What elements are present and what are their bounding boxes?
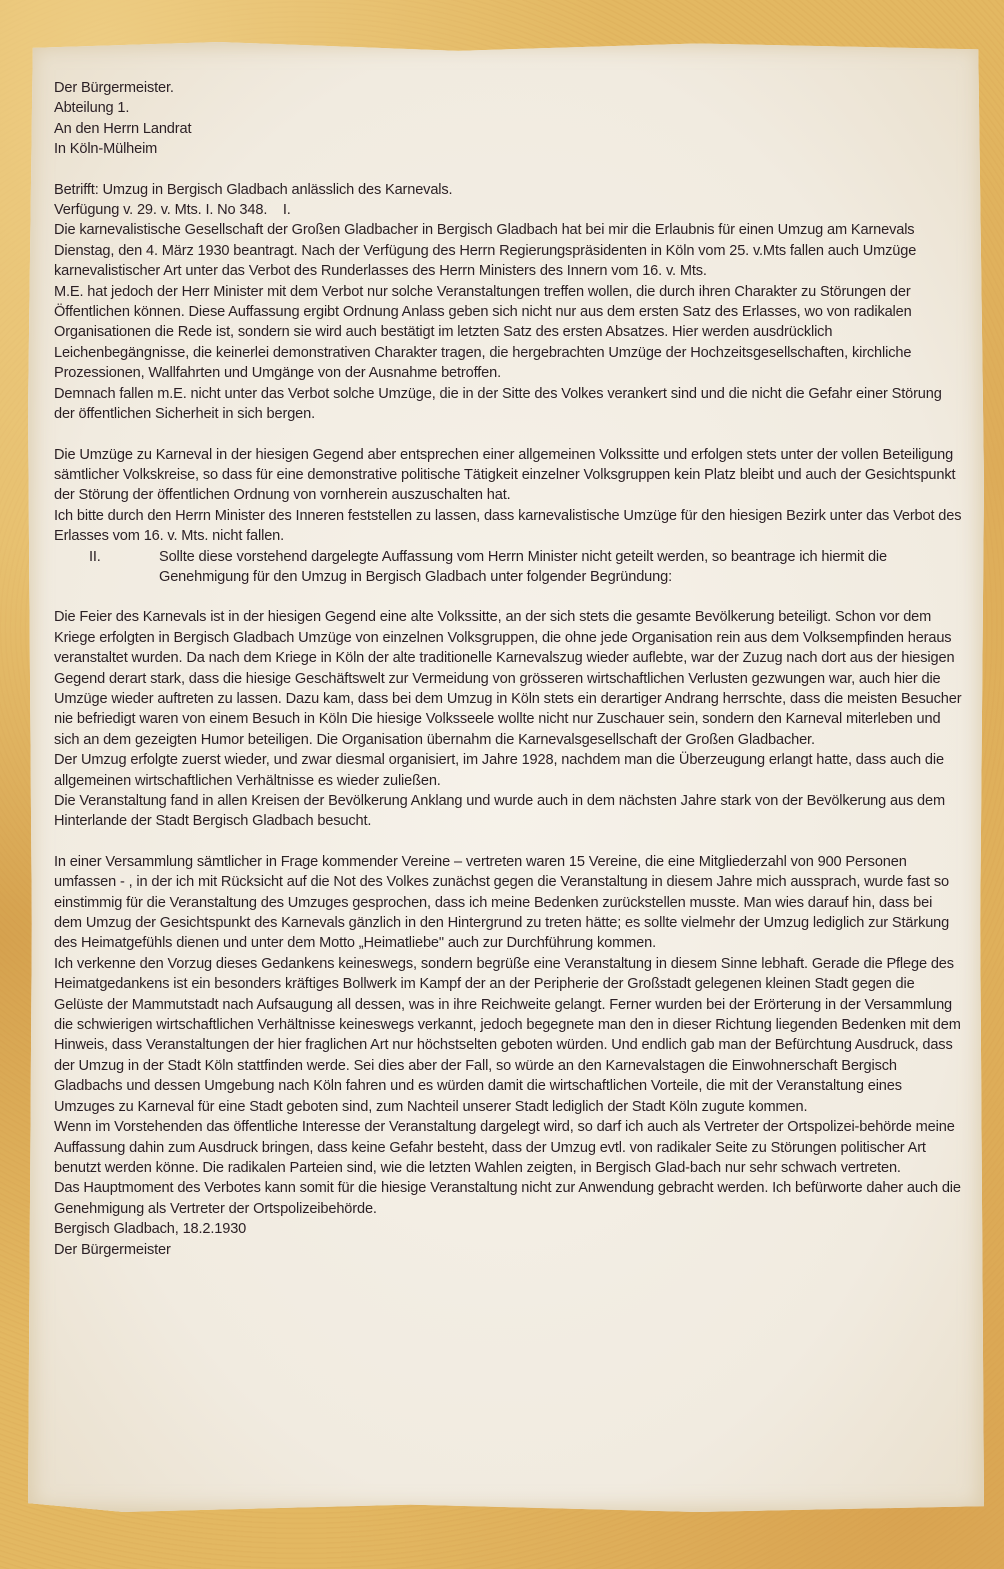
letter-header: Der Bürgermeister. Abteilung 1. An den H…	[54, 78, 964, 160]
department-line: Abteilung 1.	[54, 98, 964, 118]
paragraph-6a: Der Umzug erfolgte zuerst wieder, und zw…	[54, 750, 964, 791]
paragraph-3: Die Umzüge zu Karneval in der hiesigen G…	[54, 445, 964, 506]
paragraph-4: Ich bitte durch den Herrn Minister des I…	[54, 506, 964, 588]
paragraph-7: In einer Versammlung sämtlicher in Frage…	[54, 852, 964, 954]
paragraph-9b: Das Hauptmoment des Verbotes kann somit …	[54, 1178, 964, 1219]
place-date: Bergisch Gladbach, 18.2.1930	[54, 1219, 964, 1239]
paragraph-6b: Die Veranstaltung fand in allen Kreisen …	[54, 791, 964, 832]
paragraph-2a: M.E. hat jedoch der Herr Minister mit de…	[54, 282, 964, 384]
reference-line: Verfügung v. 29. v. Mts. I. No 348. I.	[54, 200, 964, 220]
recipient-line: An den Herrn Landrat	[54, 119, 964, 139]
paragraph-5: Die Feier des Karnevals ist in der hiesi…	[54, 607, 964, 750]
recipient-location-line: In Köln-Mülheim	[54, 139, 964, 159]
paragraph-9a: Wenn im Vorstehenden das öffentliche Int…	[54, 1117, 964, 1178]
section-2-number: II.	[54, 547, 159, 588]
section-2: II. Sollte diese vorstehend dargelegte A…	[54, 547, 964, 588]
paragraph-2b: Demnach fallen m.E. nicht unter das Verb…	[54, 384, 964, 425]
paragraph-9: Wenn im Vorstehenden das öffentliche Int…	[54, 1117, 964, 1260]
section-2-text: Sollte diese vorstehend dargelegte Auffa…	[159, 547, 964, 588]
sender-line: Der Bürgermeister.	[54, 78, 964, 98]
paragraph-8: Ich verkenne den Vorzug dieses Gedankens…	[54, 954, 964, 1117]
subject-line: Betrifft: Umzug in Bergisch Gladbach anl…	[54, 180, 964, 200]
paragraph-6: Der Umzug erfolgte zuerst wieder, und zw…	[54, 750, 964, 832]
paragraph-2: M.E. hat jedoch der Herr Minister mit de…	[54, 282, 964, 425]
paragraph-4-text: Ich bitte durch den Herrn Minister des I…	[54, 506, 964, 547]
signature: Der Bürgermeister	[54, 1240, 964, 1260]
paragraph-1: Die karnevalistische Gesellschaft der Gr…	[54, 220, 964, 281]
letter-body: Der Bürgermeister. Abteilung 1. An den H…	[54, 78, 964, 1260]
